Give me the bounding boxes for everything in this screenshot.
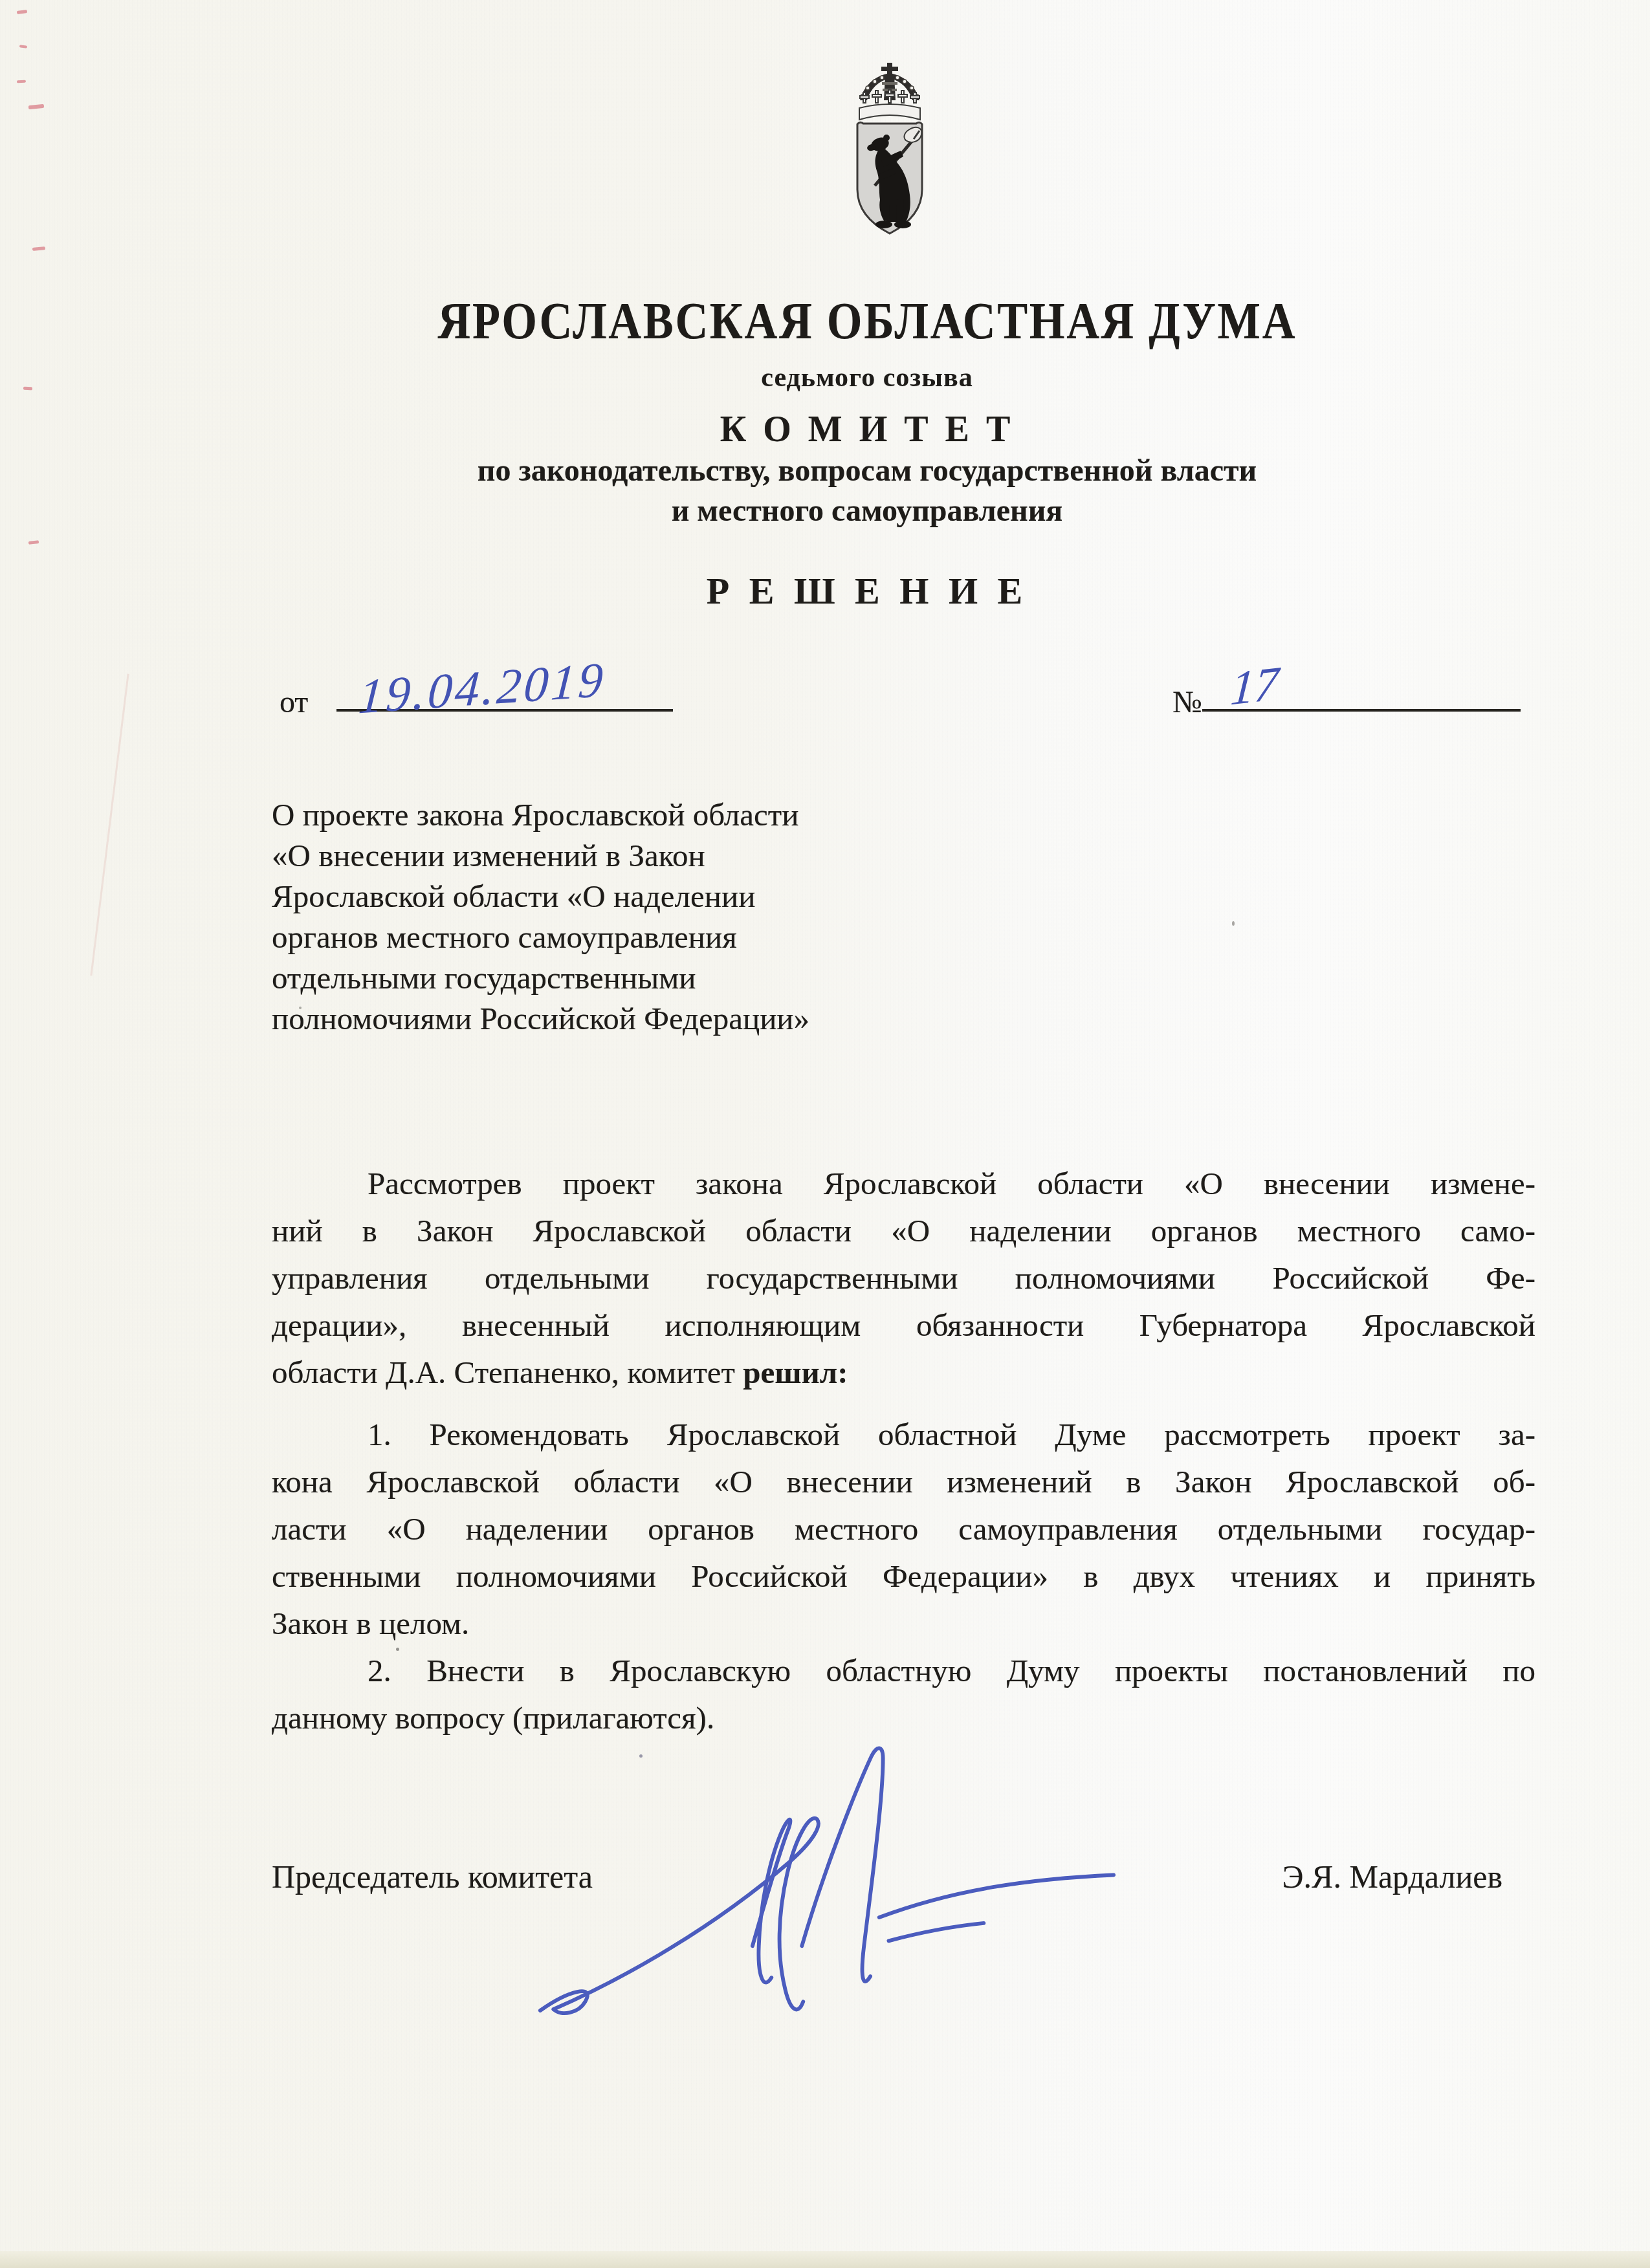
subject-line: О проекте закона Ярославской области <box>272 794 1016 835</box>
subject-line: полномочиями Российской Федерации» <box>272 998 1016 1039</box>
subject-line: органов местного самоуправления <box>272 917 1016 957</box>
decision-heading: Р Е Ш Е Н И Е <box>220 569 1514 613</box>
convocation-subtitle: седьмого созыва <box>220 362 1514 393</box>
resolution-item-2: 2. Внести в Ярославскую областную Думу п… <box>272 1647 1535 1741</box>
subject-line: Ярославской области «О наделении <box>272 876 1016 917</box>
resolution-last-line-text: области Д.А. Степаненко, комитет <box>272 1355 735 1390</box>
scan-artifact-red-mark <box>17 10 28 14</box>
date-number-row: от 19.04.2019 № 17 <box>272 670 1534 754</box>
scan-artifact-red-mark <box>17 80 26 83</box>
chairman-name: Э.Я. Мардалиев <box>1282 1858 1502 1895</box>
handwritten-number: 17 <box>1229 657 1281 717</box>
scan-artifact-red-mark <box>28 104 44 109</box>
body-line: ственными полномочиями Российской Федера… <box>272 1553 1535 1600</box>
resolved-keyword: решил: <box>743 1355 848 1390</box>
committee-description-line-2: и местного самоуправления <box>220 493 1514 529</box>
body-line: данному вопросу (прилагаются). <box>272 1694 1535 1741</box>
body-line: управления отдельными государственными п… <box>272 1254 1535 1302</box>
subject-line: отдельными государственными <box>272 957 1016 998</box>
body-line: ласти «О наделении органов местного само… <box>272 1505 1535 1553</box>
body-line: кона Ярославской области «О внесении изм… <box>272 1458 1535 1505</box>
document-body: Рассмотрев проект закона Ярославской обл… <box>272 1160 1535 1741</box>
subject-line: «О внесении изменений в Закон <box>272 835 1016 876</box>
committee-heading: К О М И Т Е Т <box>220 409 1514 450</box>
body-line: 2. Внести в Ярославскую областную Думу п… <box>272 1647 1535 1694</box>
body-line: Рассмотрев проект закона Ярославской обл… <box>272 1160 1535 1207</box>
scan-artifact-dot <box>1232 921 1235 926</box>
scanned-decision-document: ЯРОСЛАВСКАЯ ОБЛАСТНАЯ ДУМА седьмого созы… <box>0 0 1650 2268</box>
handwritten-date: 19.04.2019 <box>357 651 607 725</box>
org-title: ЯРОСЛАВСКАЯ ОБЛАСТНАЯ ДУМА <box>220 292 1514 351</box>
scan-artifact-streak <box>90 674 129 976</box>
subject-block: О проекте закона Ярославской области «О … <box>272 794 1016 1039</box>
body-line: дерации», внесенный исполняющим обязанно… <box>272 1302 1535 1349</box>
resolution-item-1: 1. Рекомендовать Ярославской областной Д… <box>272 1411 1535 1647</box>
scan-artifact-red-mark <box>23 387 32 391</box>
signature-scribble <box>524 1737 1158 2041</box>
body-line: 1. Рекомендовать Ярославской областной Д… <box>272 1411 1535 1458</box>
number-label: № <box>1172 684 1202 720</box>
date-label: от <box>280 684 308 720</box>
body-line: области Д.А. Степаненко, комитет решил: <box>272 1349 1535 1396</box>
body-line: Закон в целом. <box>272 1600 1535 1647</box>
body-line: ний в Закон Ярославской области «О надел… <box>272 1207 1535 1254</box>
resolution-paragraph: Рассмотрев проект закона Ярославской обл… <box>272 1160 1535 1396</box>
org-title-text: ЯРОСЛАВСКАЯ ОБЛАСТНАЯ ДУМА <box>437 292 1297 351</box>
yaroslavl-coat-of-arms-icon <box>841 61 938 243</box>
scan-artifact-red-mark <box>19 45 27 48</box>
scanner-edge-strip <box>0 2251 1650 2268</box>
scan-artifact-red-mark <box>32 246 45 251</box>
scan-artifact-red-mark <box>28 540 39 545</box>
committee-description-line-1: по законодательству, вопросам государств… <box>220 453 1514 488</box>
date-underline: 19.04.2019 <box>336 670 673 712</box>
number-underline: 17 <box>1202 670 1521 712</box>
